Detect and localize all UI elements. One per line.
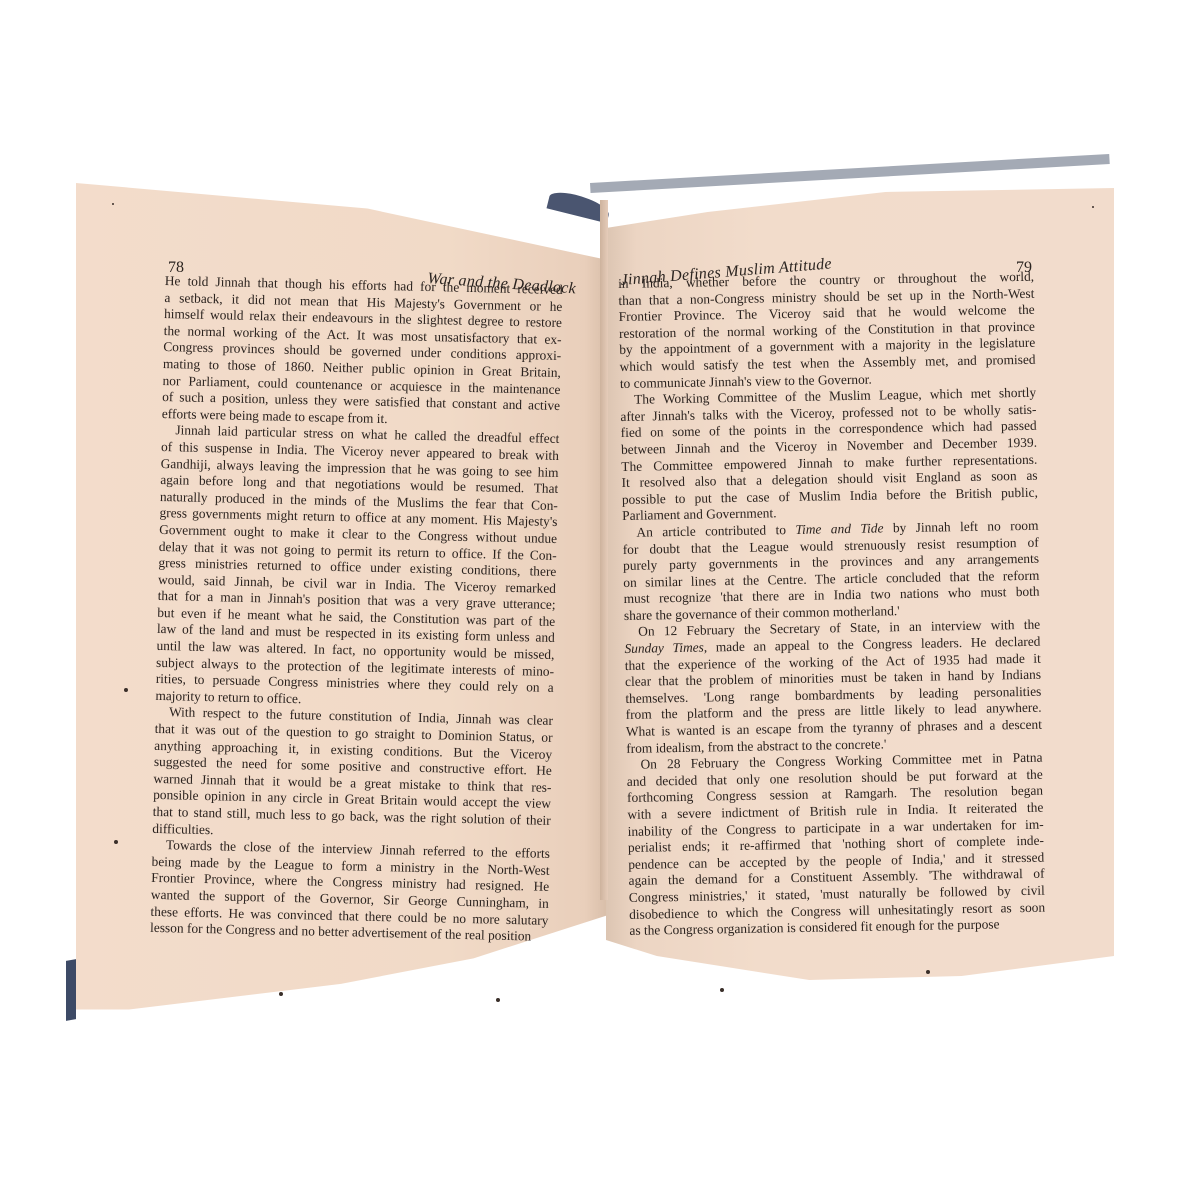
paragraph: An article contributed to Time and Tide …: [622, 518, 1040, 625]
paragraph: The Working Committee of the Muslim Leag…: [620, 385, 1038, 525]
book-cover-edge-left: [66, 959, 76, 1021]
open-book: 78 War and the Deadlock Jinnah Defines M…: [0, 0, 1200, 1200]
paragraph: On 12 February the Secretary of State, i…: [624, 617, 1042, 757]
page-speck: [124, 688, 128, 692]
page-speck: [112, 203, 114, 205]
page-speck: [1092, 206, 1094, 208]
page-speck: [496, 998, 500, 1002]
page-speck: [279, 992, 283, 996]
paragraph: On 28 February the Congress Working Comm…: [626, 750, 1045, 940]
page-speck: [720, 988, 724, 992]
page-speck: [114, 840, 118, 844]
book-gutter: [600, 200, 608, 900]
book-cover-edge-right: [590, 154, 1110, 193]
paragraph: With respect to the future constitution …: [152, 704, 553, 846]
paragraph: Jinnah laid particular stress on what he…: [155, 422, 559, 713]
paragraph: Towards the close of the interview Jinna…: [150, 837, 550, 946]
paragraph: in India, whether before the country or …: [618, 269, 1036, 392]
left-page-body: He told Jinnah that though his efforts h…: [150, 273, 563, 946]
page-speck: [926, 970, 930, 974]
right-page-body: in India, whether before the country or …: [618, 269, 1046, 940]
paragraph: He told Jinnah that though his efforts h…: [162, 273, 563, 431]
